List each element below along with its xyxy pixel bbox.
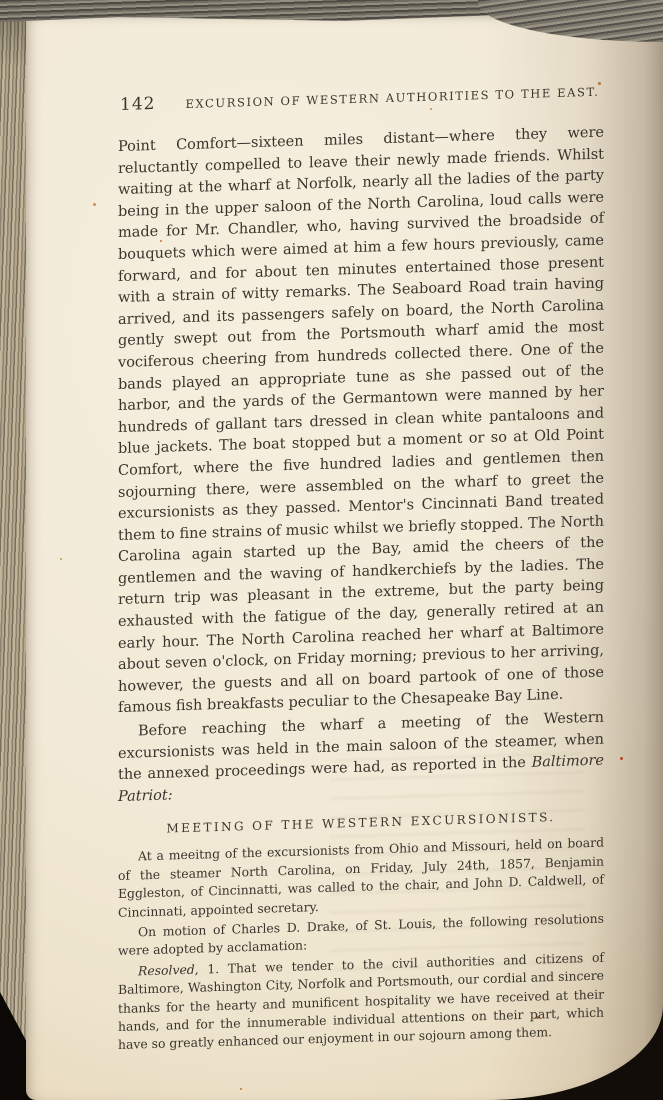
foxing-spot	[240, 1088, 242, 1090]
foxing-spot	[93, 203, 96, 206]
foxing-spot	[60, 558, 62, 560]
resolution-paragraph-1: Resolved, 1. That we tender to the civil…	[118, 948, 604, 1054]
page-text-column: 142 EXCURSION OF WESTERN AUTHORITIES TO …	[118, 81, 604, 1055]
body-paragraph-1: Point Comfort—sixteen miles distant—wher…	[118, 123, 604, 720]
body-paragraph-2: Before reaching the wharf a meeting of t…	[118, 708, 604, 809]
meeting-paragraph-1: At a meeitng of the excursionists from O…	[118, 834, 604, 922]
book-photo: 142 EXCURSION OF WESTERN AUTHORITIES TO …	[0, 0, 663, 1100]
page-body: Point Comfort—sixteen miles distant—wher…	[118, 123, 604, 1055]
section-heading: MEETING OF THE WESTERN EXCURSIONISTS.	[118, 809, 604, 837]
foxing-spot	[620, 757, 623, 760]
page-number: 142	[120, 94, 155, 115]
